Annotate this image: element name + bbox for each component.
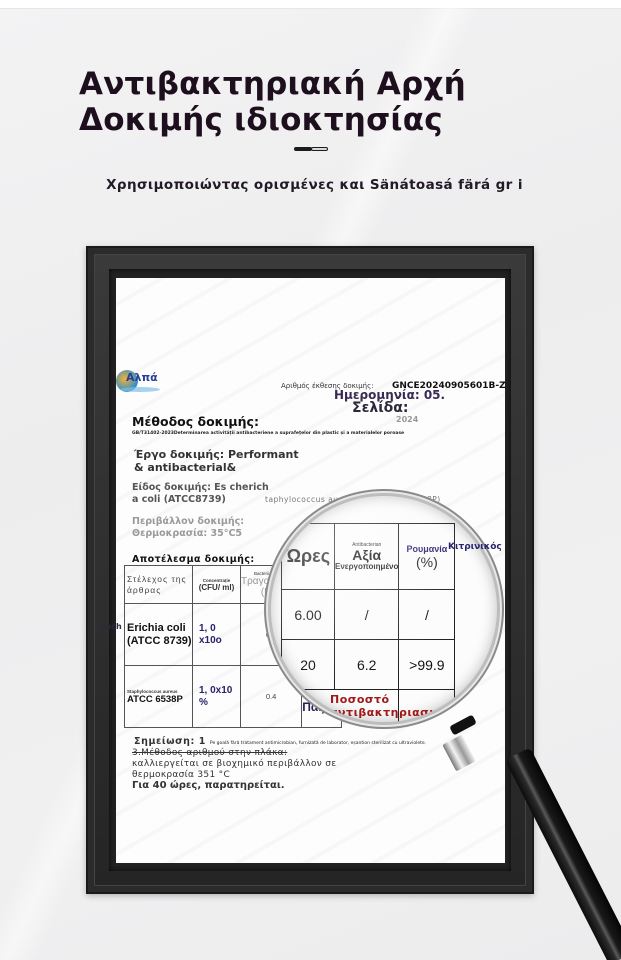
result-title: Αποτέλεσμα δοκιμής: <box>132 554 255 565</box>
top-strip <box>0 0 621 9</box>
magnified-header-row: Ώρες Antibacterian Αξία Ενεργοποιημένο Ρ… <box>282 524 455 590</box>
magnified-row: 6.00 / / <box>282 590 455 640</box>
page-title: Αντιβακτηριακή Αρχή Δοκιμής ιδιοκτησίας <box>79 66 539 138</box>
subtitle: Χρησιμοποιώντας ορισμένες και Sänátoasá … <box>0 177 621 193</box>
magnifying-glass-lens: Ώρες Antibacterian Αξία Ενεργοποιημένο Ρ… <box>271 496 497 722</box>
value-header: Antibacterian Αξία Ενεργοποιημένο <box>335 524 399 590</box>
header-strain: Στέλεχος της άρθρας <box>125 566 193 604</box>
header-concentration: Concentrație (CFU/ ml) <box>193 566 241 604</box>
test-type: Είδος δοκιμής: Es cherich a coli (ATCC87… <box>132 482 269 506</box>
esch-fragment: Esch <box>101 622 122 631</box>
page-label: Σελίδα: <box>352 400 409 416</box>
title-line-2: Δοκιμής ιδιοκτησίας <box>79 102 539 138</box>
side-label: Κιτρινικός <box>448 542 502 552</box>
title-divider <box>294 147 328 151</box>
method-title: Μέθοδος δοκιμής: <box>132 414 259 429</box>
test-project: Έργο δοκιμής: Performant & antibacterial… <box>134 448 299 474</box>
note-2: 3.Μέθοδος αριθμού στην πλάκα: καλλιεργεί… <box>132 748 362 781</box>
magnified-row: 20 6.2 >99.9 <box>282 640 455 690</box>
title-line-1: Αντιβακτηριακή Αρχή <box>79 66 539 102</box>
rate-header: Ρουμανία (%) <box>399 524 455 590</box>
note-3: Για 40 ώρες, παρατηρείται. <box>132 780 285 791</box>
test-environment: Περιβάλλον δοκιμής: Θερμοκρασία: 35°C5 <box>132 516 244 540</box>
note-1: Σημείωση: 1 Pe goală fără tratament anti… <box>134 736 426 747</box>
company-logo: Αλπά <box>116 370 176 396</box>
method-standard: GB/T31402-2023Determinarea activității a… <box>132 431 404 436</box>
hours-header: Ώρες <box>282 524 335 590</box>
year: 2024 <box>396 415 418 424</box>
antibacterial-ratio-label: Ποσοστό αντιβακτηριασμού >99.9% <box>330 693 497 719</box>
